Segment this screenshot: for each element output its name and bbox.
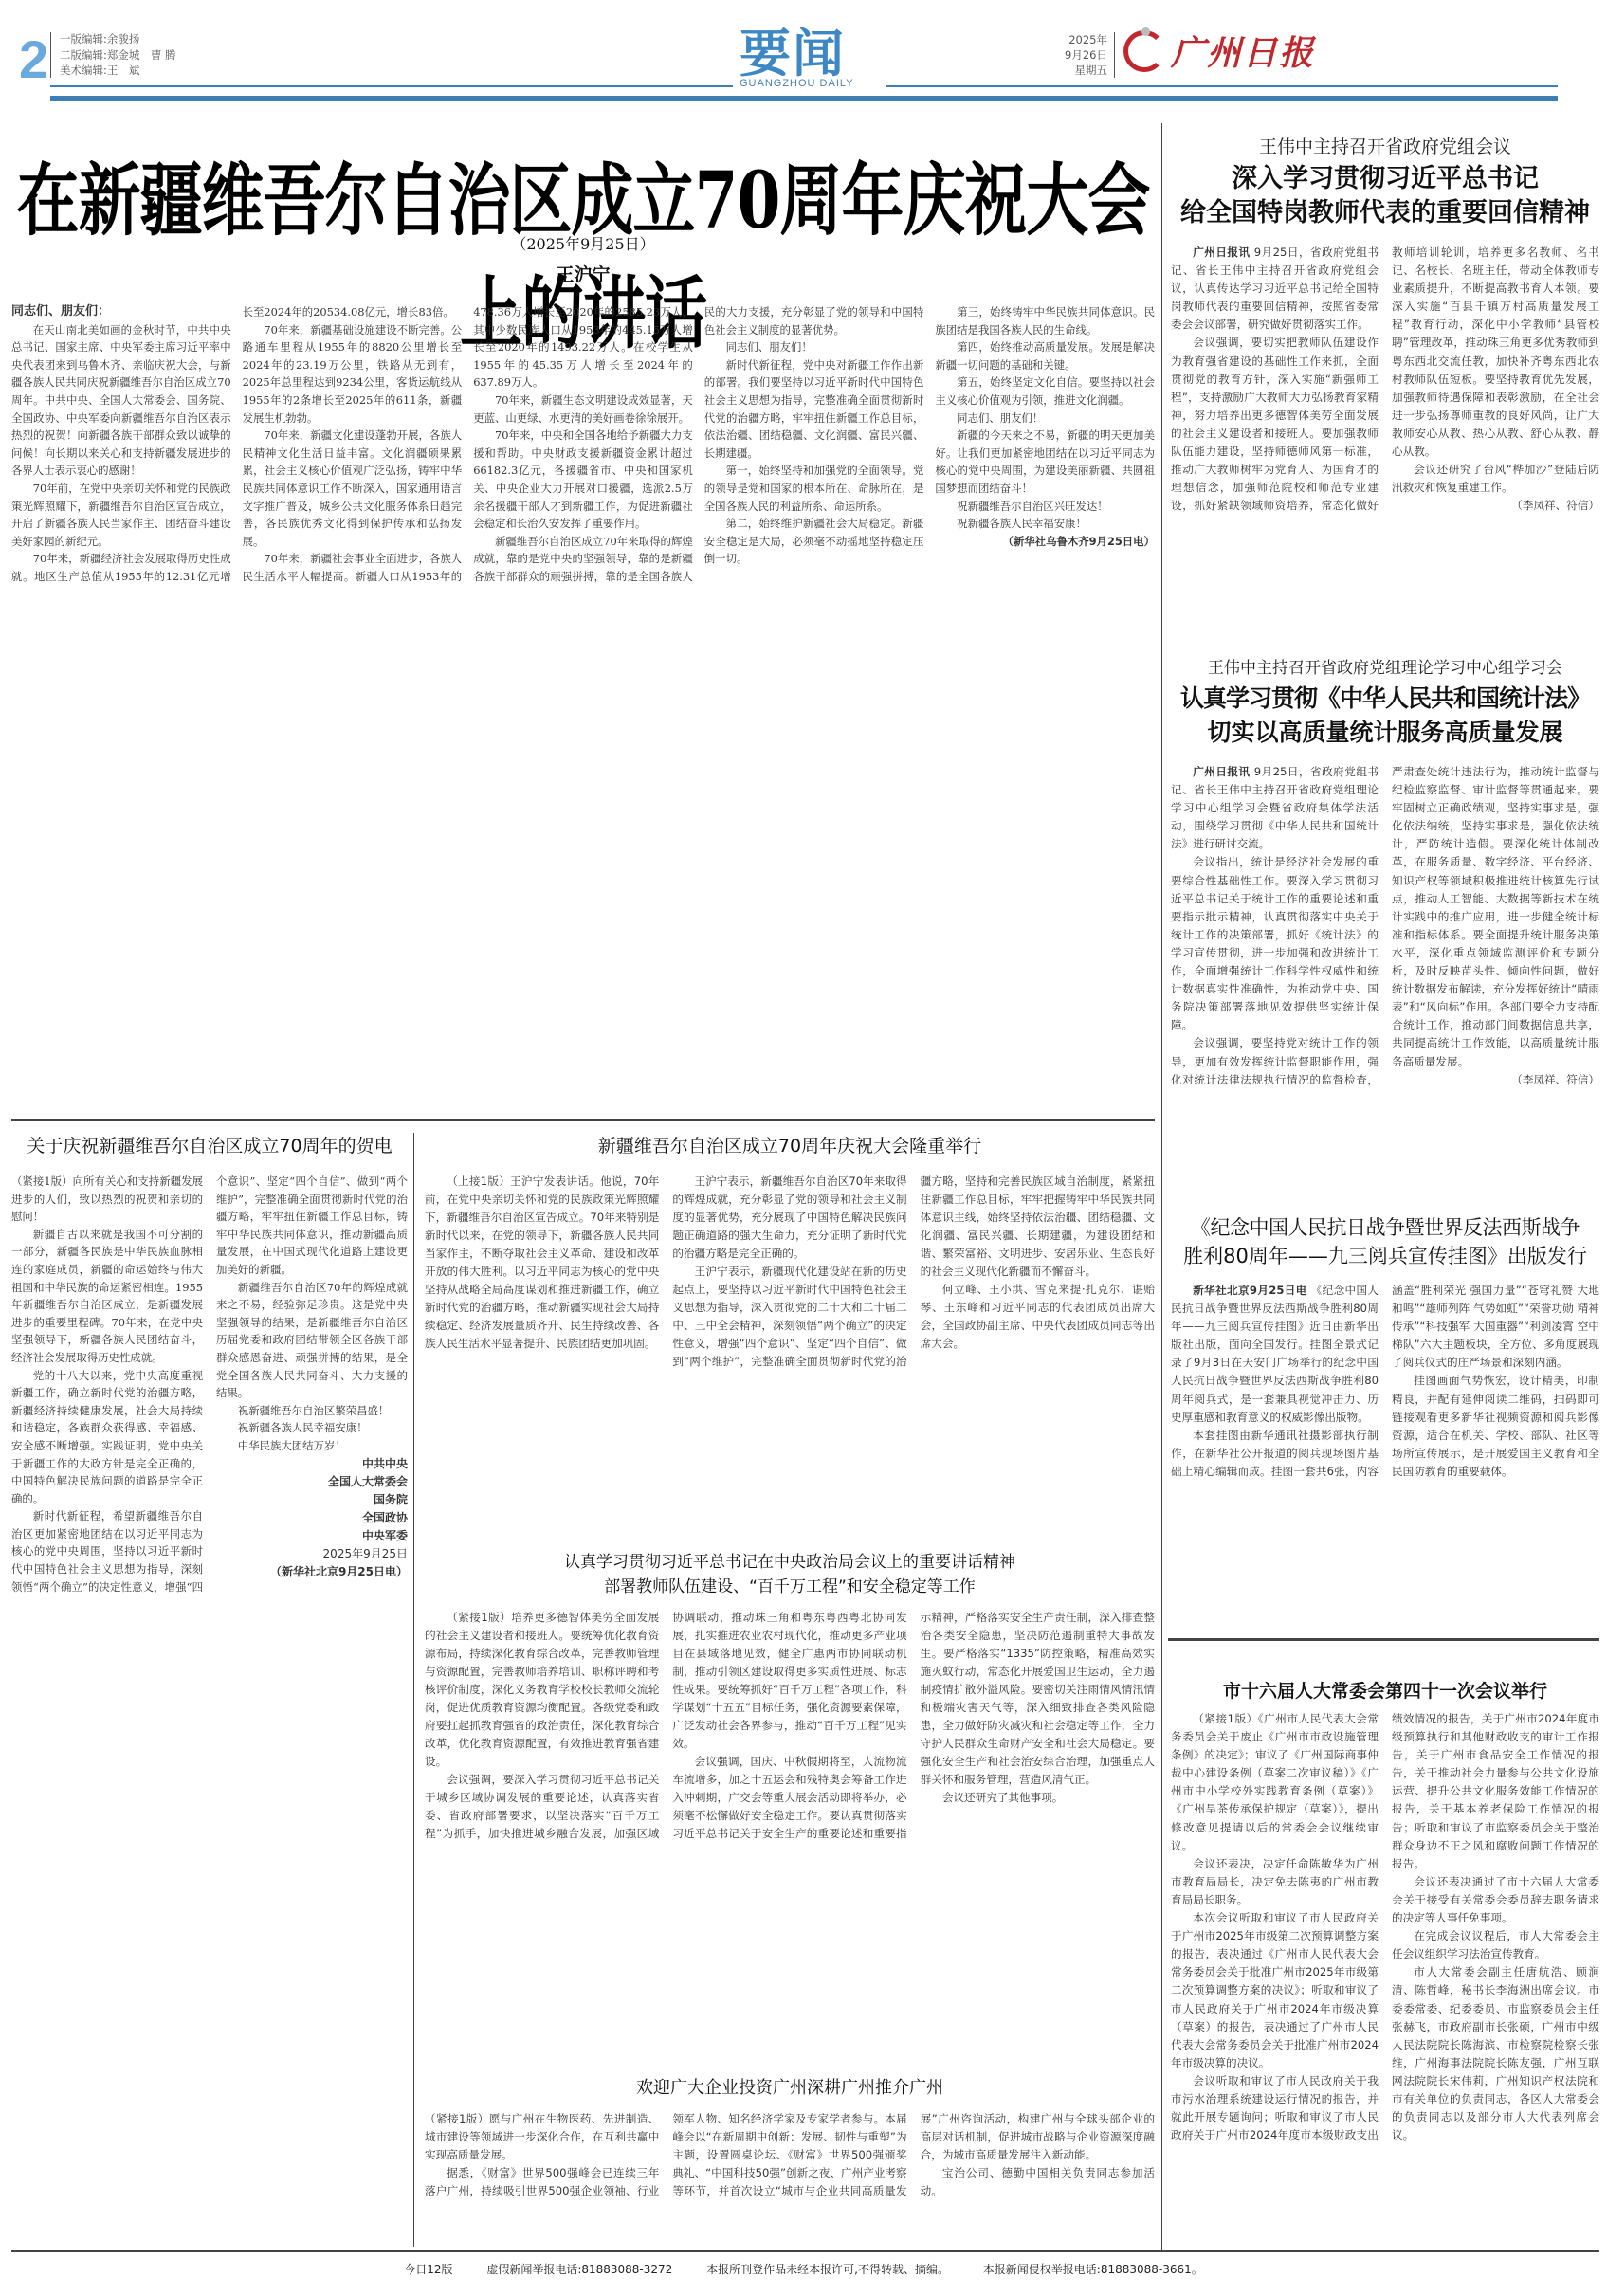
- paragraph: （紧接1版）培养更多德智体美劳全面发展的社会主义建设者和接班人。要统筹优化教育资…: [425, 1609, 659, 1771]
- paragraph: 新疆的今天来之不易，新疆的明天更加美好。让我们更加紧密地团结在以习近平同志为核心…: [935, 427, 1155, 497]
- article-headline: 认真学习贯彻《中华人民共和国统计法》: [1171, 682, 1599, 716]
- article-headline: 部署教师队伍建设、“百千万工程”和安全稳定等工作: [425, 1575, 1155, 1599]
- speech-greeting: 同志们、朋友们：: [11, 303, 231, 321]
- article-teachers: 王伟中主持召开省政府党组会议 深入学习贯彻习近平总书记 给全国特岗教师代表的重要…: [1171, 133, 1599, 632]
- dateline: 广州日报讯: [1193, 765, 1250, 778]
- paragraph: 党的十八大以来，党中央高度重视新疆工作，确立新时代党的治疆方略，新疆经济持续健康…: [11, 1367, 203, 1508]
- article-investment: 欢迎广大企业投资广州深耕广州推介广州 （紧接1版）愿与广州在生物医药、先进制造、…: [425, 2076, 1155, 2241]
- column-divider: [1161, 123, 1162, 2251]
- masthead-divider: [50, 32, 51, 78]
- sign-date: 2025年9月25日: [216, 1545, 408, 1563]
- article-celebration: 新疆维吾尔自治区成立70周年庆祝大会隆重举行 （上接1版）王沪宁发表讲话。他说，…: [425, 1133, 1155, 1557]
- article-body: （紧接1版）《广州市人民代表大会常务委员会关于废止《广州市市政设施管理条例》的决…: [1171, 1710, 1599, 2246]
- paragraph: 70年前，在党中央亲切关怀和党的民族政策光辉照耀下，新疆维吾尔自治区宣告成立，开…: [11, 480, 231, 550]
- paragraph: 在天山南北美如画的金秋时节，中共中央总书记、国家主席、中央军委主席习近平率中央代…: [11, 321, 231, 480]
- paragraph: 新疆自古以来就是我国不可分割的一部分，新疆各民族是中华民族血脉相连的家庭成员，新…: [11, 1226, 203, 1367]
- closing-line: 祝新疆各族人民幸福安康！: [935, 515, 1155, 533]
- date-year: 2025年: [1003, 32, 1107, 47]
- article-headline: 欢迎广大企业投资广州深耕广州推介广州: [425, 2076, 1155, 2101]
- date-divider: [1114, 32, 1115, 78]
- paragraph: 会议指出，统计是经济社会发展的重要综合性基础性工作。要深入学习贯彻习近平总书记关…: [1171, 853, 1379, 1034]
- section-title: 要闻: [740, 13, 846, 86]
- masthead-rule: [886, 85, 1558, 87]
- date-weekday: 星期五: [1003, 63, 1107, 78]
- article-headline: 关于庆祝新疆维吾尔自治区成立70周年的贺电: [11, 1133, 408, 1159]
- paragraph: （紧接1版）向所有关心和支持新疆发展进步的人们，致以热烈的祝贺和亲切的慰问！: [11, 1173, 203, 1226]
- paragraph: 会议还表决，决定任命陈敏华为广州市教育局局长，决定免去陈夷的广州市教育局局长职务…: [1171, 1855, 1379, 1909]
- column-divider: [413, 1133, 414, 2247]
- article-body: （上接1版）王沪宁发表讲话。他说，70年前，在党中央亲切关怀和党的民族政策光辉照…: [425, 1173, 1155, 1557]
- signatory: 全国人大常委会: [216, 1473, 408, 1491]
- byline: （李凤祥、符信）: [1392, 1071, 1599, 1089]
- newspaper-logo: 广州日报: [1123, 27, 1315, 75]
- paragraph: 第一，始终坚持和加强党的全面领导。党的领导是党和国家的根本所在、命脉所在，是全国…: [704, 462, 924, 515]
- paragraph: （上接1版）王沪宁发表讲话。他说，70年前，在党中央亲切关怀和党的民族政策光辉照…: [425, 1173, 659, 1353]
- paragraph: 同志们、朋友们！: [704, 338, 924, 356]
- paragraph: 新时代新征程，党中央对新疆工作作出新的部署。我们要坚持以习近平新时代中国特色社会…: [704, 356, 924, 463]
- paragraph: 在完成会议议程后，市人大常委会主任会议组织学习法治宣传教育。: [1392, 1927, 1599, 1963]
- section-subtitle: GUANGZHOU DAILY: [740, 78, 854, 89]
- article-npc-meeting: 市十六届人大常委会第四十一次会议举行 （紧接1版）《广州市人民代表大会常务委员会…: [1171, 1678, 1599, 2246]
- paragraph: 宝治公司、德勤中国相关负责同志参加活动。: [921, 2164, 1155, 2200]
- paragraph: 会议还研究了其他事项。: [921, 1789, 1155, 1807]
- page-footer: 今日12版 虚假新闻举报电话:81883088-3272 本报所刊登作品未经本报…: [0, 2261, 1607, 2277]
- article-headline: 胜利80周年——九三阅兵宣传挂图》出版发行: [1171, 1242, 1599, 1270]
- paragraph: （紧接1版）愿与广州在生物医药、先进制造、城市建设等领域进一步深化合作，在互利共…: [425, 2110, 659, 2164]
- article-headline: 认真学习贯彻习近平总书记在中央政治局会议上的重要讲话精神: [425, 1550, 1155, 1575]
- paragraph: 第二，始终维护新疆社会大局稳定。新疆安全稳定是大局，必须毫不动摇地坚持稳定压倒一…: [704, 515, 924, 568]
- signatory: 中共中央: [216, 1455, 408, 1473]
- signatory: 国务院: [216, 1491, 408, 1509]
- paragraph: 会议还表决通过了市十六届人大常委会关于接受有关常委会委员辞去职务请求的决定等人事…: [1392, 1873, 1599, 1927]
- article-headline: 给全国特岗教师代表的重要回信精神: [1171, 196, 1599, 230]
- closing-line: 祝新疆维吾尔自治区繁荣昌盛！: [216, 1402, 408, 1420]
- copyright-notice: 本报所刊登作品未经本报许可,不得转载、摘编。: [706, 2263, 949, 2276]
- article-congratulatory-telegram: 关于庆祝新疆维吾尔自治区成立70周年的贺电 （紧接1版）向所有关心和支持新疆发展…: [11, 1133, 408, 2121]
- pages-today: 今日12版: [404, 2263, 452, 2276]
- paragraph: 《纪念中国人民抗日战争暨世界反法西斯战争胜利80周年——九三阅兵宣传挂图》近日由…: [1171, 1284, 1379, 1424]
- speech-date: （2025年9月25日）: [0, 232, 1166, 254]
- logo-icon: [1123, 30, 1165, 72]
- paragraph: 同志们、朋友们！: [935, 410, 1155, 428]
- paragraph: 何立峰、王小洪、雪克来提·扎克尔、谌贻琴、王东峰和习近平同志的代表团成员出席大会…: [921, 1281, 1155, 1353]
- article-body: 广州日报讯 9月25日，省政府党组书记、省长王伟中主持召开省政府党组会议，认真传…: [1171, 244, 1599, 632]
- masthead: 2 一版编辑:余骏扬 二版编辑:郑金城 曹 腾 美术编辑:王 斌 要闻 GUAN…: [0, 0, 1607, 114]
- section-divider: [11, 1119, 1155, 1121]
- article-headline: 新疆维吾尔自治区成立70周年庆祝大会隆重举行: [425, 1133, 1155, 1159]
- issue-date: 2025年 9月26日 星期五: [1003, 32, 1107, 78]
- speech-author: 王沪宁: [0, 261, 1166, 286]
- article-wallchart: 《纪念中国人民抗日战争暨世界反法西斯战争 胜利80周年——九三阅兵宣传挂图》出版…: [1171, 1213, 1599, 1566]
- speech-body: 同志们、朋友们： 在天山南北美如画的金秋时节，中共中央总书记、国家主席、中央军委…: [11, 303, 1155, 1114]
- article-body: （紧接1版）向所有关心和支持新疆发展进步的人们，致以热烈的祝贺和亲切的慰问！ 新…: [11, 1173, 408, 2121]
- masthead-bar: [50, 96, 1558, 101]
- dateline: 新华社北京9月25日电: [1193, 1284, 1306, 1297]
- article-kicker: 王伟中主持召开省政府党组会议: [1171, 133, 1599, 158]
- fake-news-hotline: 虚假新闻举报电话:81883088-3272: [486, 2263, 672, 2276]
- closing-line: 祝新疆维吾尔自治区兴旺发达！: [935, 498, 1155, 516]
- section-divider: [1168, 1638, 1599, 1641]
- editor-credits: 一版编辑:余骏扬 二版编辑:郑金城 曹 腾 美术编辑:王 斌: [60, 31, 176, 79]
- article-body: （紧接1版）愿与广州在生物医药、先进制造、城市建设等领域进一步深化合作，在互利共…: [425, 2110, 1155, 2241]
- paragraph: 挂图画面气势恢宏，设计精美，印制精良，并配有延伸阅读二维码，扫码即可链接观看更多…: [1392, 1372, 1599, 1481]
- signatory: 全国政协: [216, 1509, 408, 1527]
- masthead-rule: [50, 85, 733, 87]
- paragraph: 70年来，新疆文化建设蓬勃开展，各族人民精神文化生活日益丰富。文化润疆硕果累累，…: [243, 427, 463, 550]
- paragraph: （紧接1版）《广州市人民代表大会常务委员会关于废止《广州市市政设施管理条例》的决…: [1171, 1710, 1379, 1855]
- paragraph: 第四，始终推动高质量发展。发展是解决新疆一切问题的基础和关键。: [935, 338, 1155, 374]
- article-headline: 深入学习贯彻习近平总书记: [1171, 162, 1599, 196]
- paragraph: 会议还研究了台风“桦加沙”登陆后防汛救灾和恢复重建工作。: [1392, 461, 1599, 497]
- paragraph: 第五，始终坚定文化自信。要坚持以社会主义核心价值观为引领，推进文化润疆。: [935, 374, 1155, 409]
- byline: （李凤祥、符信）: [1392, 497, 1599, 515]
- infringement-hotline: 本报新闻侵权举报电话:81883088-3661。: [983, 2263, 1203, 2276]
- closing-line: 中华民族大团结万岁！: [216, 1437, 408, 1455]
- signatory: 中央军委: [216, 1527, 408, 1545]
- logo-text: 广州日报: [1171, 27, 1315, 75]
- telegram-source: （新华社北京9月25日电）: [216, 1563, 408, 1581]
- editor-line: 二版编辑:郑金城 曹 腾: [60, 47, 176, 64]
- paragraph: 王沪宁表示，新疆维吾尔自治区70年来取得的辉煌成就，充分彰显了党的领导和社会主义…: [672, 1173, 906, 1263]
- dateline: 广州日报讯: [1193, 246, 1250, 259]
- article-body: 新华社北京9月25日电 《纪念中国人民抗日战争暨世界反法西斯战争胜利80周年——…: [1171, 1282, 1599, 1566]
- article-headline: 《纪念中国人民抗日战争暨世界反法西斯战争: [1171, 1213, 1599, 1242]
- article-headline: 切实以高质量统计服务高质量发展: [1171, 716, 1599, 750]
- article-statistics: 王伟中主持召开省政府党组理论学习中心组学习会 认真学习贯彻《中华人民共和国统计法…: [1171, 654, 1599, 1161]
- article-body: 广州日报讯 9月25日，省政府党组书记、省长王伟中主持召开省政府党组理论学习中心…: [1171, 763, 1599, 1161]
- paragraph: 第三，始终铸牢中华民族共同体意识。民族团结是我国各族人民的生命线。: [935, 303, 1155, 338]
- editor-line: 一版编辑:余骏扬: [60, 31, 176, 47]
- article-headline: 市十六届人大常委会第四十一次会议举行: [1171, 1678, 1599, 1704]
- page-number: 2: [19, 28, 48, 90]
- paragraph: 市人大常委会副主任唐航浩、顾涧清、陈哲峰，秘书长李海洲出席会议。市委委常委、纪委…: [1392, 1963, 1599, 2144]
- date-day: 9月26日: [1003, 47, 1107, 63]
- editor-line: 美术编辑:王 斌: [60, 63, 176, 79]
- paragraph: 70年来，中央和全国各地给予新疆大力支援和帮助。中央财政支援新疆资金累计超过66…: [473, 427, 693, 533]
- paragraph: 新疆维吾尔自治区70年的辉煌成就来之不易，经验弥足珍贵。这是党中央坚强领导的结果…: [216, 1279, 408, 1402]
- speech-source: （新华社乌鲁木齐9月25日电）: [935, 533, 1155, 551]
- closing-line: 祝新疆各族人民幸福安康！: [216, 1419, 408, 1437]
- paragraph: 70年来，新疆基础设施建设不断完善。公路通车里程从1955年的8820公里增长至…: [243, 321, 463, 428]
- paragraph: 70年来，新疆生态文明建设成效显著，天更蓝、山更绿、水更清的美好画卷徐徐展开。: [473, 392, 693, 427]
- paragraph: 本次会议听取和审议了市人民政府关于广州市2025年市级第二次预算调整方案的报告，…: [1171, 1909, 1379, 2072]
- article-kicker: 王伟中主持召开省政府党组理论学习中心组学习会: [1171, 654, 1599, 678]
- footer-rule: [11, 2250, 1599, 2252]
- article-study-meeting: 认真学习贯彻习近平总书记在中央政治局会议上的重要讲话精神 部署教师队伍建设、“百…: [425, 1550, 1155, 2050]
- article-body: （紧接1版）培养更多德智体美劳全面发展的社会主义建设者和接班人。要统筹优化教育资…: [425, 1609, 1155, 2050]
